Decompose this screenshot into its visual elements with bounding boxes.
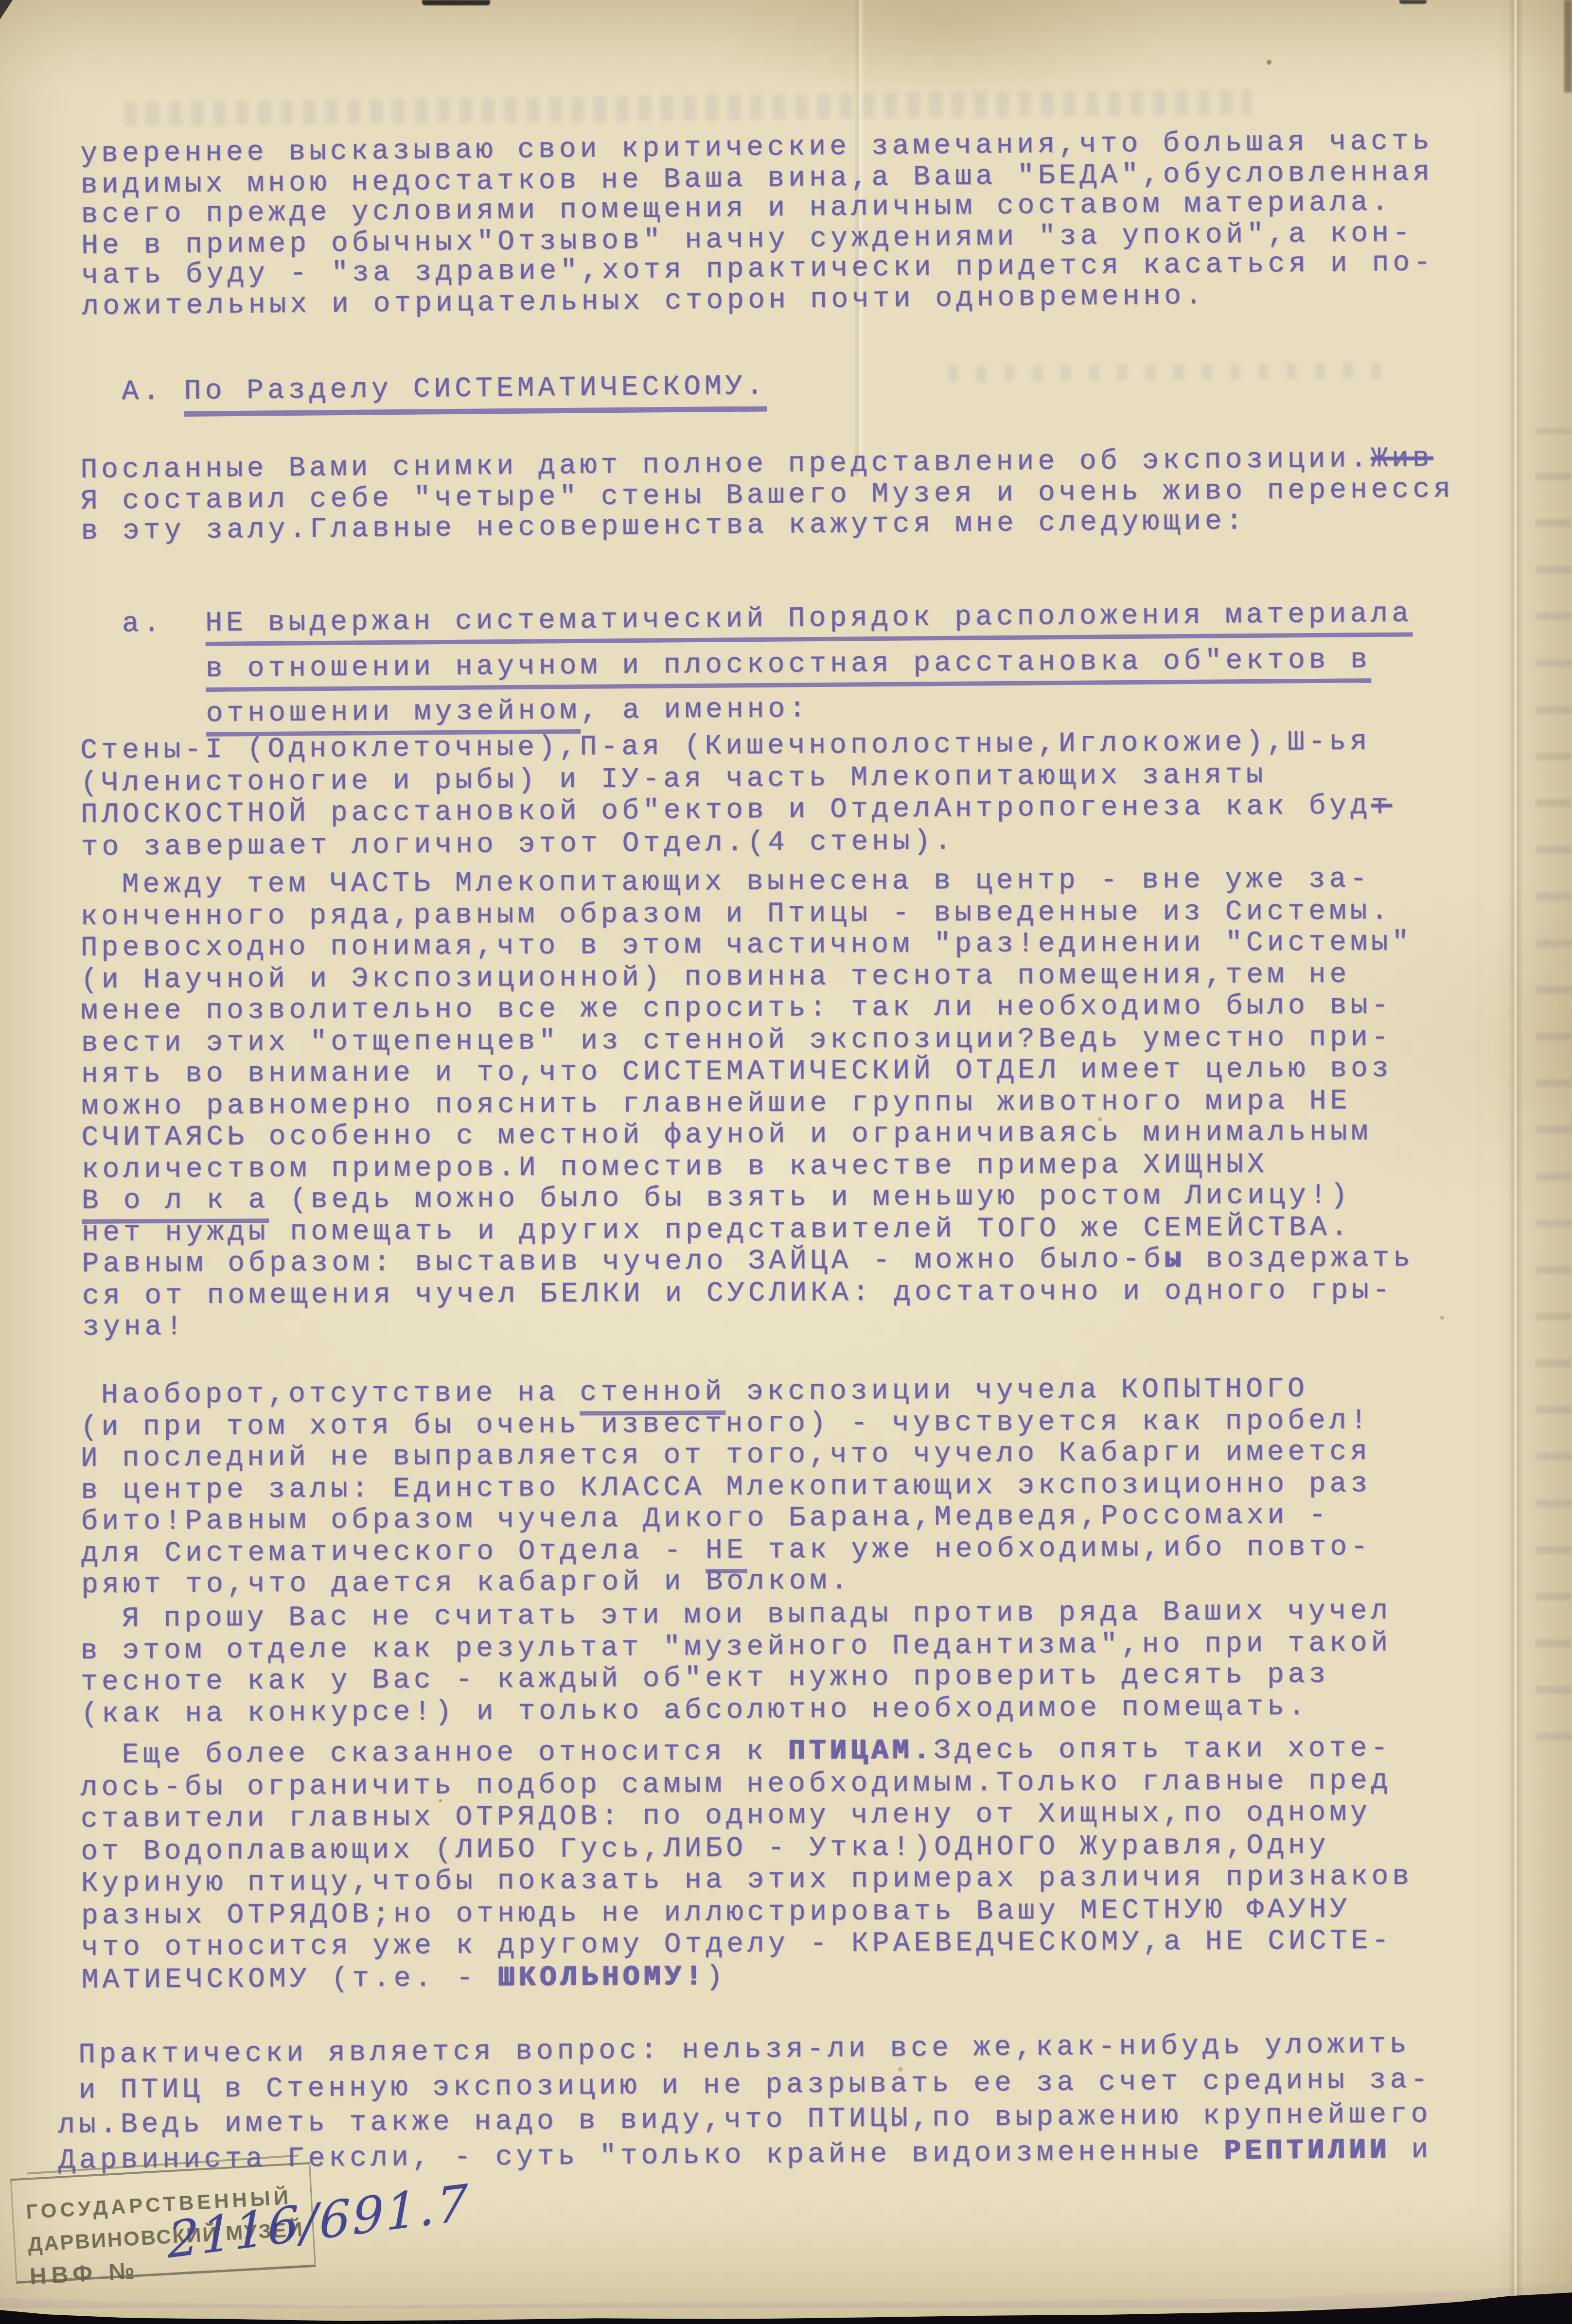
text-segment: ся от помещения чучел БЕЛКИ и СУСЛИКА: д… (82, 1275, 1394, 1312)
text-segment: Еще более сказанное относится к (80, 1736, 788, 1771)
text-line: (и Научной и Экспозиционной) повинна тес… (81, 959, 1413, 996)
text-segment: ) (706, 1961, 727, 1993)
document-page: увереннее высказываю свои критические за… (0, 0, 1572, 2324)
text-segment: вести этих "отщепенцев" из стенной экспо… (81, 1022, 1392, 1059)
paragraph-mammals: Между тем ЧАСТЬ Млекопитающих вынесена в… (80, 863, 1414, 1343)
text-segment: для Систематического Отдела - (81, 1535, 706, 1570)
text-segment: зуна! (82, 1311, 186, 1343)
text-segment: количеством примеров.И поместив в качест… (82, 1149, 1268, 1186)
text-segment: экспозиции чучела КОПЫТНОГО (725, 1373, 1308, 1408)
text-line: конченного ряда,равным образом и Птицы -… (80, 896, 1413, 933)
text-segment: Между тем ЧАСТЬ Млекопитающих вынесена в… (80, 863, 1371, 901)
text-segment: так уже необходимы,ибо повто- (747, 1532, 1371, 1567)
paragraph-birds: Еще более сказанное относится к ПТИЦАМ.З… (80, 1733, 1413, 1996)
text-segment: (и при том хотя бы очень известного) - ч… (80, 1405, 1371, 1444)
text-line: менее позволительно все же спросить: так… (81, 990, 1413, 1027)
text-line: зуна! (82, 1306, 1414, 1343)
emphasized-text: ПТИЦАМ. (788, 1735, 934, 1768)
bleed-through-text (1536, 428, 1571, 1741)
text-segment: Наоборот,отсутствие на (80, 1377, 580, 1411)
text-line: нет нужды помещать и других представител… (82, 1212, 1414, 1249)
struck-text: Жив (1371, 443, 1433, 475)
text-segment: менее позволительно все же спросить: так… (81, 990, 1392, 1027)
text-line: СЧИТАЯСЬ особенно с местной фауной и огр… (81, 1116, 1413, 1154)
text-segment: нет нужды помещать и других представител… (82, 1212, 1351, 1249)
text-line: для Систематического Отдела - НЕ так уже… (81, 1532, 1372, 1570)
text-segment: в центре залы: Единство КЛАССА Млекопита… (81, 1468, 1371, 1507)
section-heading-a: А. По Разделу СИСТЕМАТИЧЕСКОМУ. (122, 370, 767, 409)
text-segment: (ведь можно было бы взять и меньшую рост… (269, 1180, 1351, 1216)
paragraph-ungulate-gap: Наоборот,отсутствие на стенной экспозици… (80, 1373, 1372, 1601)
text-segment: воздержать (1185, 1243, 1414, 1275)
text-segment: можно равномерно пояснить главнейшие гру… (81, 1086, 1351, 1123)
text-line: МАТИЕЧСКОМУ (т.е. - ШКОЛЬНОМУ!) (81, 1958, 1413, 1997)
text-segment: , а именно: (581, 693, 810, 727)
fold-crease (1508, 0, 1523, 2324)
struck-text: т (1371, 790, 1392, 822)
underlined-text: отношении музейном (206, 695, 581, 737)
text-segment: (и Научной и Экспозиционной) повинна тес… (81, 959, 1350, 996)
text-line: в центре залы: Единство КЛАССА Млекопита… (81, 1468, 1371, 1507)
paragraph-intro: увереннее высказываю свои критические за… (80, 126, 1435, 322)
emphasized-text: РЕПТИЛИИ (1224, 2134, 1391, 2167)
text-segment: МАТИЕЧСКОМУ (т.е. - (81, 1963, 497, 1996)
paragraph-practical-question: Практически является вопрос: нельзя-ли в… (57, 2027, 1432, 2178)
text-segment: Равным образом: выставив чучело ЗАЙЦА - … (82, 1244, 1164, 1280)
text-line: Равным образом: выставив чучело ЗАЙЦА - … (82, 1243, 1414, 1280)
item-a-body: Стены-I (Одноклеточные),П-ая (Кишечнопол… (80, 726, 1393, 863)
emphasized-text: ШКОЛЬНОМУ! (498, 1961, 706, 1994)
underlined-text: По Разделу СИСТЕМАТИЧЕСКОМУ. (184, 370, 767, 416)
scan-edge-mark (422, 0, 490, 5)
scan-edge-mark (0, 0, 13, 19)
scan-edge-mark (1399, 0, 1427, 4)
text-segment (81, 653, 206, 686)
text-segment: то завершает логично этот Отдел.(4 стены… (81, 826, 955, 863)
text-line: количеством примеров.И поместив в качест… (82, 1148, 1414, 1186)
text-line: Превосходно понимая,что в этом частичном… (81, 927, 1413, 964)
text-line: Между тем ЧАСТЬ Млекопитающих вынесена в… (80, 863, 1413, 901)
scan-edge-mark (1564, 0, 1572, 92)
text-segment: конченного ряда,равным образом и Птицы -… (80, 896, 1392, 933)
text-line: Наоборот,отсутствие на стенной экспозици… (80, 1373, 1371, 1411)
text-segment: А. (122, 376, 184, 408)
text-line: А. По Разделу СИСТЕМАТИЧЕСКОМУ. (122, 370, 767, 409)
underlined-text: НЕ (706, 1535, 747, 1573)
text-segment: от Водоплавающих (ЛИБО Гусь,ЛИБО - Утка!… (81, 1830, 1330, 1868)
text-line: нять во внимание и то,что СИСТЕМАТИЧЕСКИ… (81, 1053, 1413, 1091)
text-segment: Здесь опять таки хоте- (934, 1733, 1392, 1767)
text-line: можно равномерно пояснить главнейшие гру… (81, 1085, 1413, 1123)
text-segment: лось-бы ограничить подбор самым необходи… (80, 1765, 1392, 1804)
bleed-through-text (124, 89, 1252, 126)
emphasized-text: ы (1164, 1244, 1185, 1275)
text-line: ся от помещения чучел БЕЛКИ и СУСЛИКА: д… (82, 1275, 1414, 1312)
item-a-heading: а. НЕ выдержан систематический Порядок р… (80, 591, 1413, 738)
bleed-through-text (948, 362, 1386, 382)
text-line: вести этих "отщепенцев" из стенной экспо… (81, 1022, 1413, 1059)
paragraph-photos: Посланные Вами снимки дают полное предст… (80, 443, 1455, 547)
text-segment: разных ОТРЯДОВ;но отнюдь не иллюстрирова… (81, 1894, 1351, 1932)
text-line: В о л к а (ведь можно было бы взять и ме… (82, 1180, 1414, 1217)
text-segment (81, 698, 206, 731)
paragraph-request: Я прошу Вас не считать эти мои выпады пр… (80, 1596, 1392, 1730)
text-line: (и при том хотя бы очень известного) - ч… (80, 1405, 1371, 1444)
text-segment: нять во внимание и то,что СИСТЕМАТИЧЕСКИ… (81, 1053, 1393, 1091)
museum-stamp: ГОСУДАРСТВЕННЫЙ ДАРВИНОВСКИЙ МУЗЕЙ НВФ №… (6, 2143, 548, 2308)
text-segment: Превосходно понимая,что в этом частичном… (81, 927, 1413, 964)
text-segment: а. (80, 608, 205, 640)
text-segment: и (1390, 2134, 1432, 2166)
text-segment: СЧИТАЯСЬ особенно с местной фауной и огр… (81, 1116, 1372, 1154)
